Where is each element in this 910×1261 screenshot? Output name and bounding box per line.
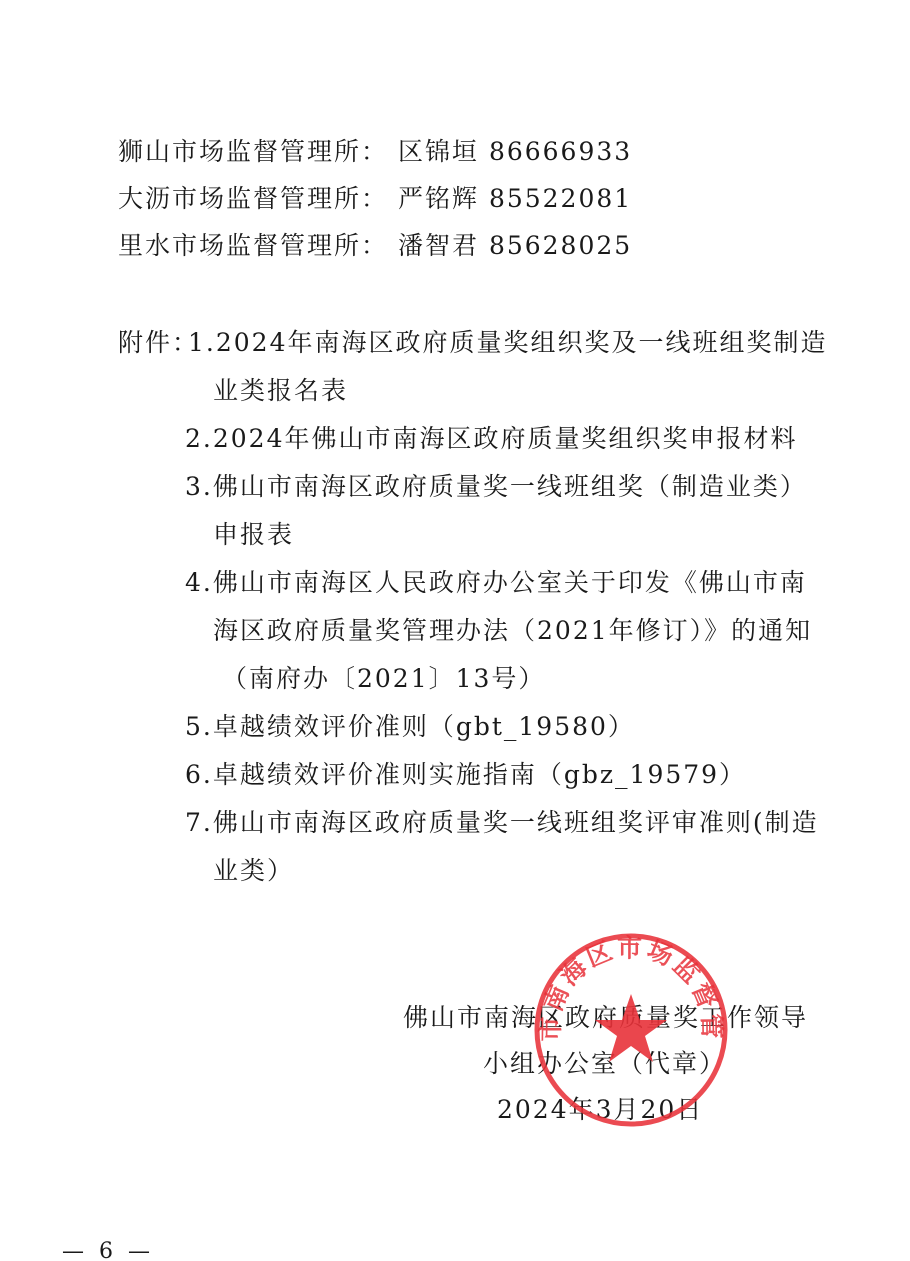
contact-person: 区锦垣 [398,137,479,166]
contact-phone: 86666933 [489,137,632,166]
attachment-item-5: 5.卓越绩效评价准则（gbt_19580） [185,712,635,742]
attachment-item-3-cont: 申报表 [213,520,294,550]
contact-phone: 85628025 [489,231,632,260]
attachment-item-3: 3.佛山市南海区政府质量奖一线班组奖（制造业类） [185,472,807,502]
attachment-item-4: 4.佛山市南海区人民政府办公室关于印发《佛山市南 [185,568,807,598]
attachment-item-7-cont: 业类） [213,856,294,886]
attachment-item-1-cont: 业类报名表 [213,376,348,406]
contact-office: 里水市场监督管理所： [118,231,388,260]
contact-line-lishui: 里水市场监督管理所： 潘智君 85628025 [118,231,632,261]
contact-line-dali: 大沥市场监督管理所： 严铭辉 85522081 [118,184,632,214]
attachment-item-1: 1.2024年南海区政府质量奖组织奖及一线班组奖制造 [188,328,827,358]
attachment-item-6: 6.卓越绩效评价准则实施指南（gbz_19579） [185,760,746,790]
attachment-item-7: 7.佛山市南海区政府质量奖一线班组奖评审准则(制造 [185,808,819,838]
contact-line-shishan: 狮山市场监督管理所： 区锦垣 86666933 [118,137,632,167]
attachment-item-4-cont2: （南府办〔2021〕13号） [222,664,545,694]
attachment-item-4-cont1: 海区政府质量奖管理办法（2021年修订）》的通知 [213,616,812,646]
attachment-item-2: 2.2024年佛山市南海区政府质量奖组织奖申报材料 [185,424,797,454]
contact-office: 大沥市场监督管理所： [118,184,388,213]
contact-office: 狮山市场监督管理所： [118,137,388,166]
page-number: — 6 — [62,1240,154,1261]
contact-person: 严铭辉 [398,184,479,213]
attachments-label: 附件： [118,328,199,358]
contact-phone: 85522081 [489,184,632,213]
contact-person: 潘智君 [398,231,479,260]
official-seal-icon: 佛山市南海区市场监督管理局 [533,932,729,1128]
